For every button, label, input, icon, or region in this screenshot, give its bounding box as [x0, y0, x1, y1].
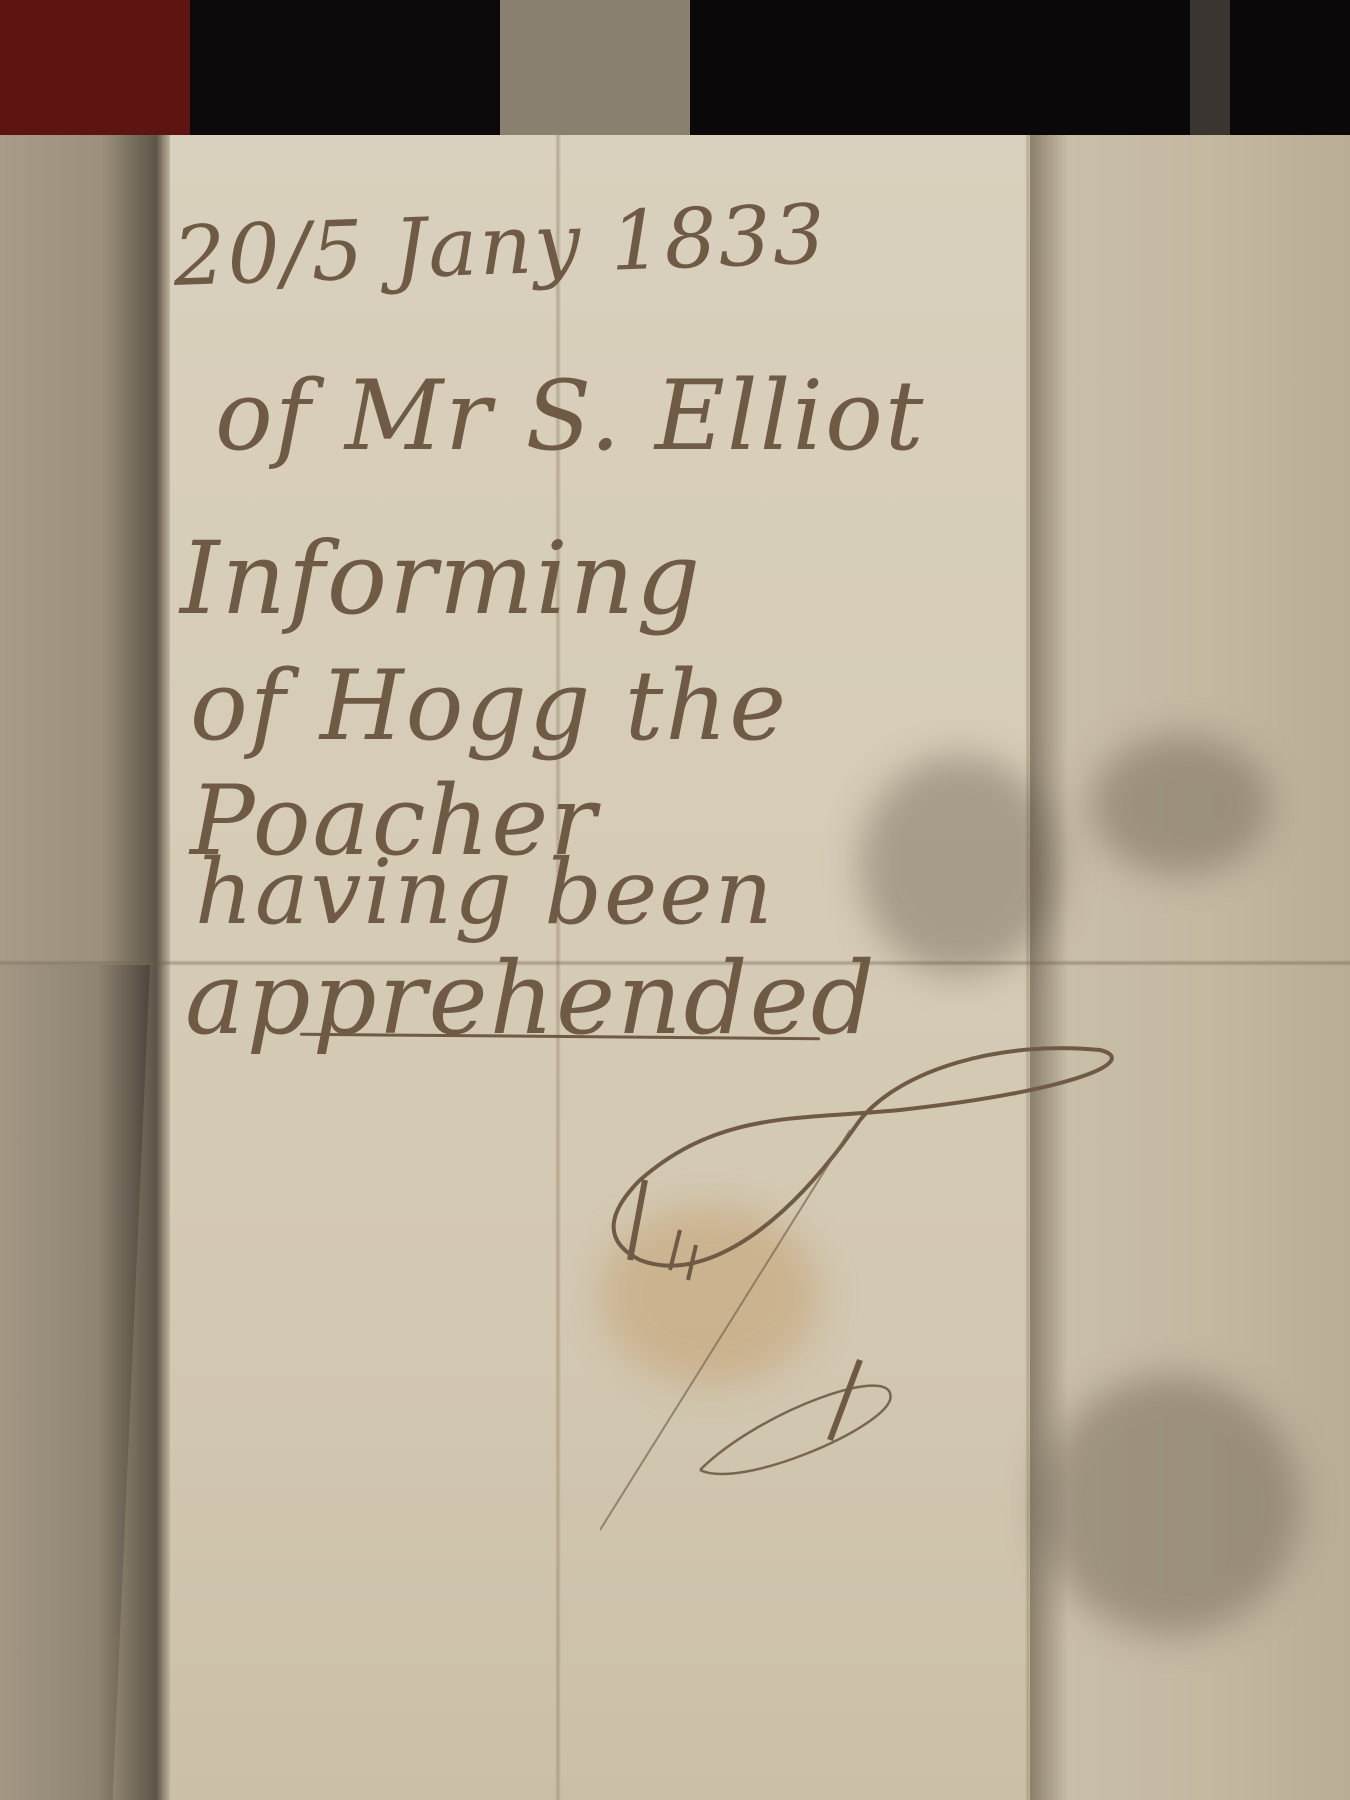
photo-scene: 20/5 Jany 1833 of Mr S. Elliot Informing…: [0, 0, 1350, 1800]
handwritten-line: of Hogg the: [190, 650, 788, 762]
grime-stain: [1090, 735, 1270, 875]
handwritten-line: having been: [195, 840, 775, 945]
signature-flourish-icon: [600, 1030, 1120, 1550]
background-dark-area: [1230, 0, 1350, 145]
background-dark-area: [690, 0, 1190, 145]
grime-stain: [860, 755, 1060, 975]
handwritten-line: of Mr S. Elliot: [215, 360, 925, 472]
background-red-object: [0, 0, 190, 145]
background-dark-area: [190, 0, 500, 145]
background-grey-object: [1190, 0, 1230, 145]
background-light-object: [500, 0, 690, 145]
fold-line-vertical: [1025, 135, 1031, 1800]
handwritten-line: Informing: [180, 520, 702, 637]
